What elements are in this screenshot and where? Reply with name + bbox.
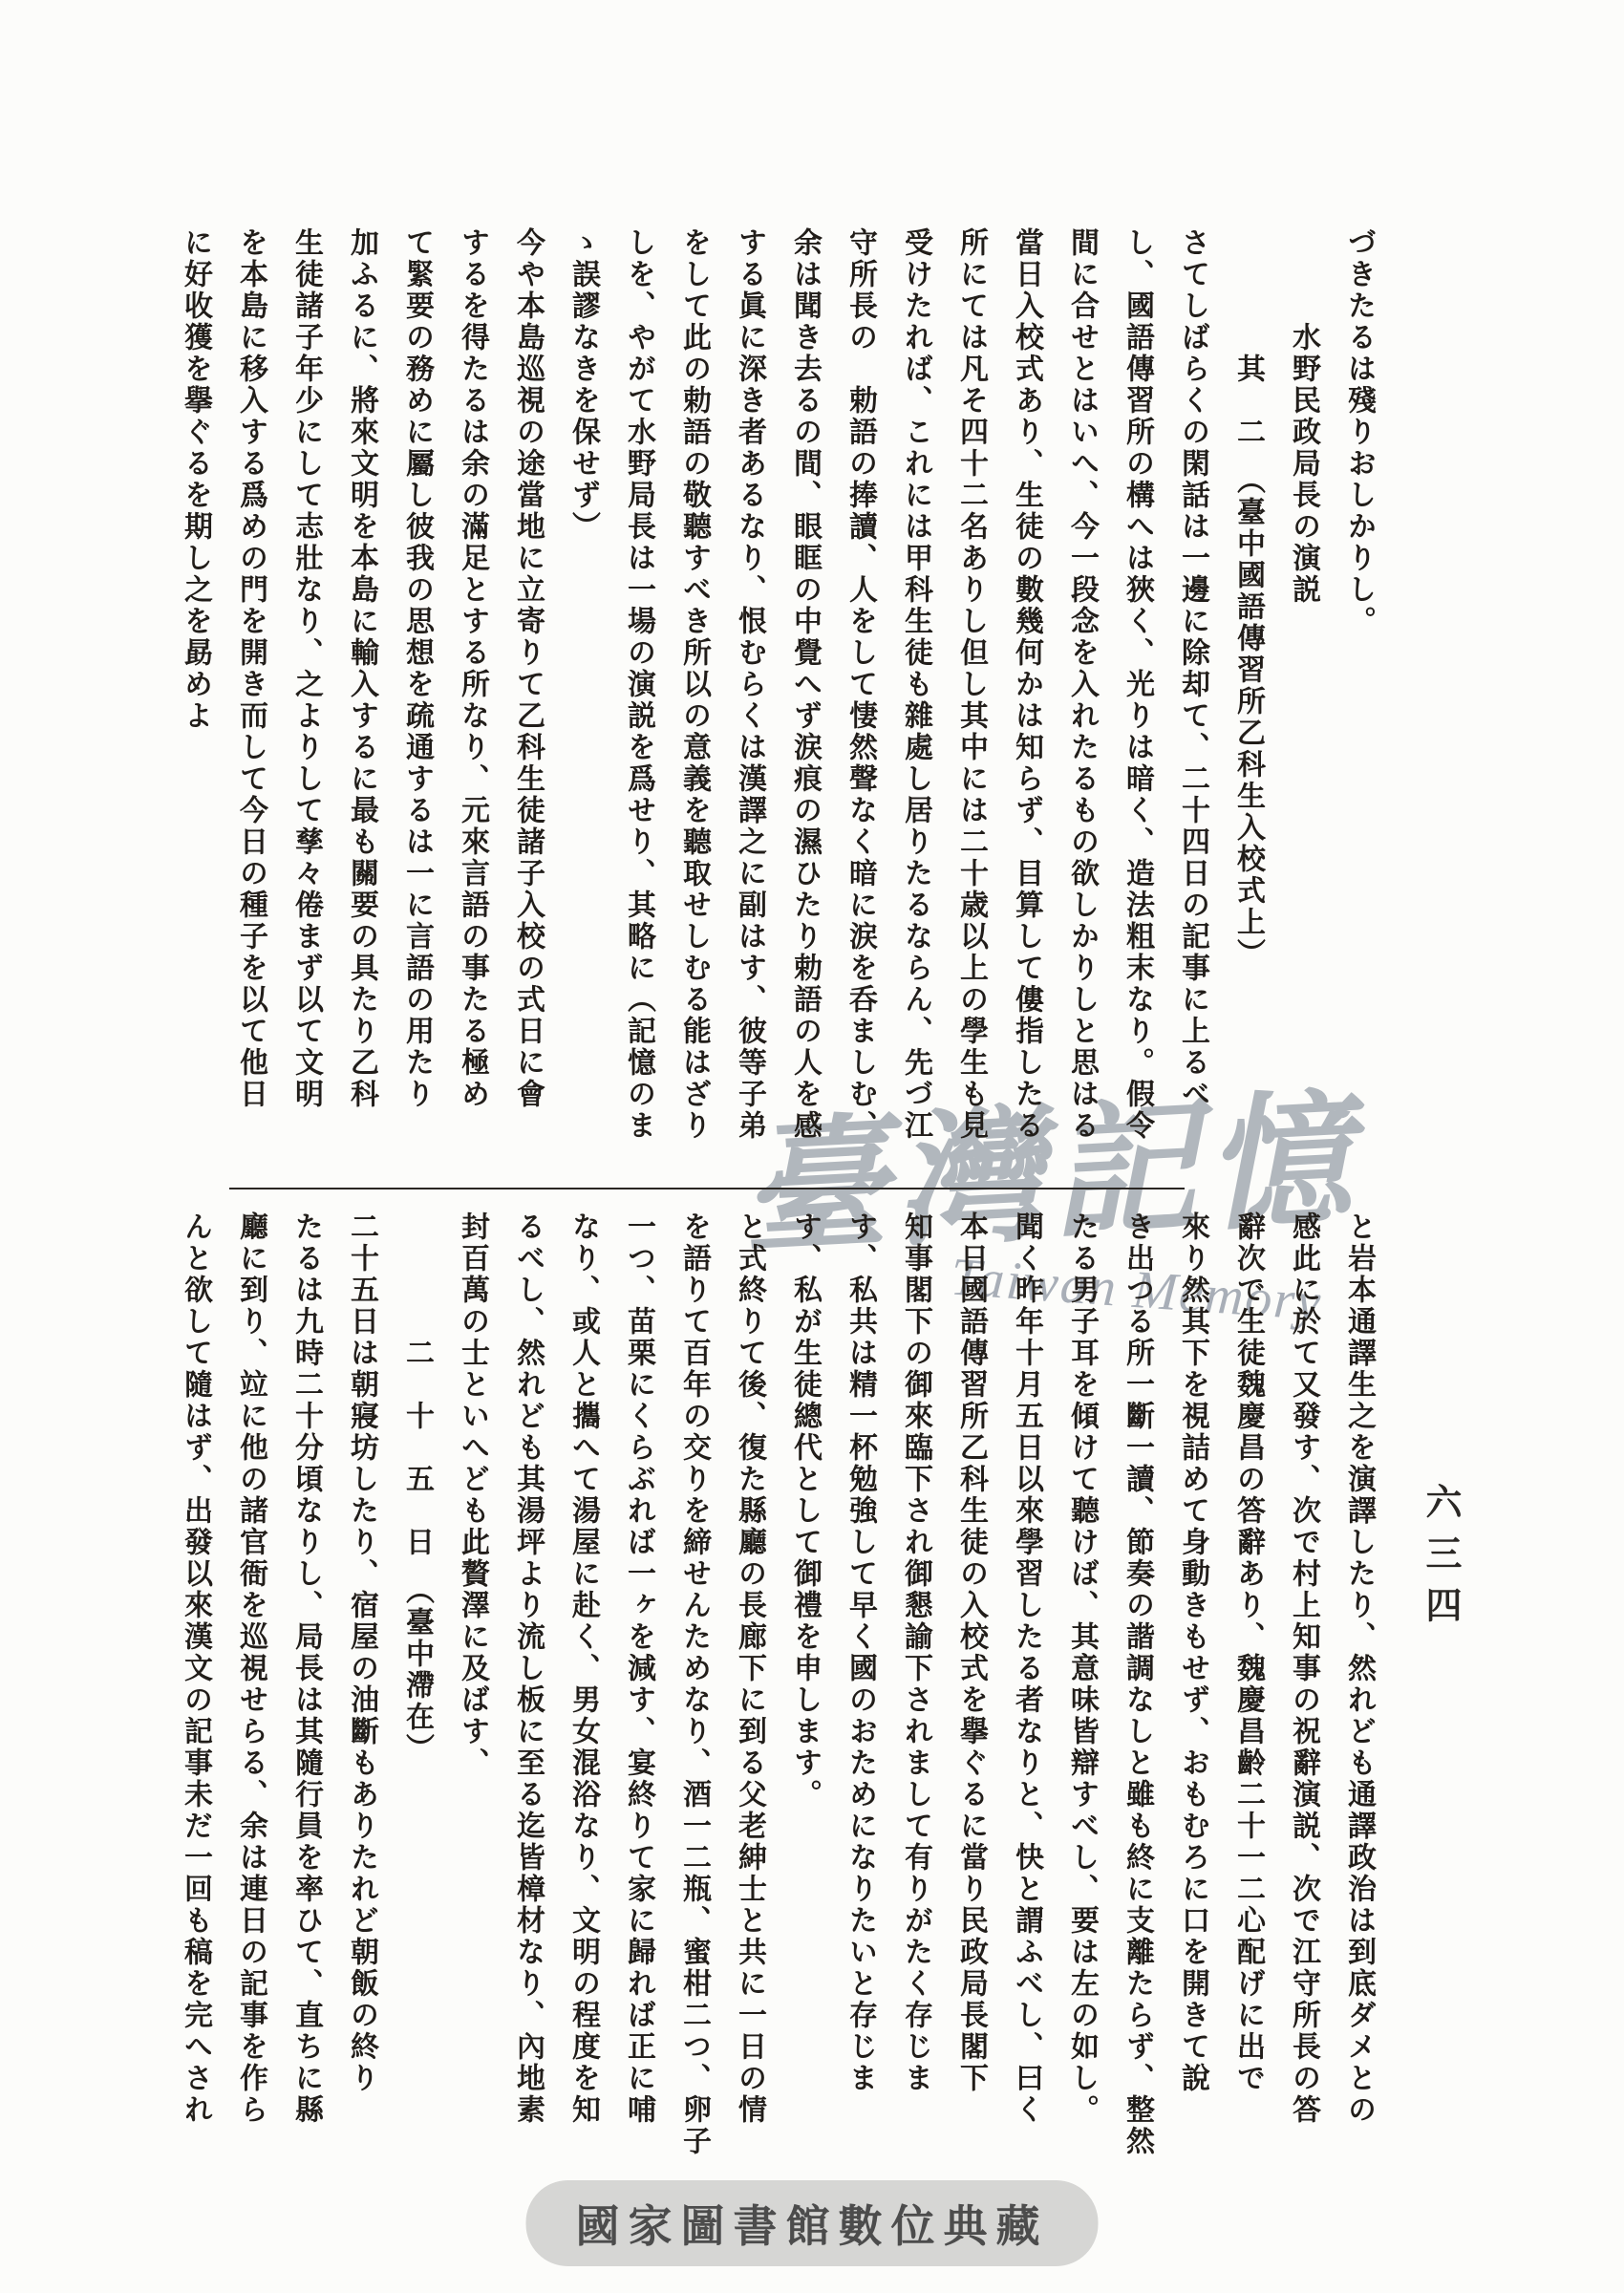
library-caption-text: 國家圖書館數位典藏	[576, 2202, 1049, 2251]
text-column: たるは九時二十分頃なりし、局長は其隨行員を率ひて、直ちに縣	[278, 1211, 333, 2176]
text-column: 封百萬の士といへども此贅澤に及ばす、	[444, 1211, 500, 2176]
text-column: 辭次で生徒魏慶昌の答辭あり、魏慶昌齡二十一二心配げに出で	[1220, 1211, 1275, 2176]
text-column: 間に合せとはいへ、今一段念を入れたるもの欲しかりしと思はる	[1054, 227, 1109, 1202]
text-column: を語りて百年の交りを締せんためなり、酒一二瓶、蜜柑二つ、卵子	[666, 1211, 721, 2176]
text-column: と岩本通譯生之を演譯したり、然れども通譯政治は到底ダメとの	[1331, 1211, 1386, 2176]
top-text-block: づきたるは殘りおしかりし。 水野民政局長の演説 其 二 （臺中國語傳習所乙科生入…	[167, 227, 1386, 1202]
text-column: 水野民政局長の演説	[1275, 227, 1331, 1202]
text-column: るべし、然れども其湯坪より流し板に至る迄皆樟材なり、內地素	[500, 1211, 555, 2176]
text-column: する眞に深き者あるなり、恨むらくは漢譯之に副はす、彼等子弟	[721, 227, 777, 1202]
text-column: をして此の勅語の敬聽すべき所以の意義を聽取せしむる能はざり	[666, 227, 721, 1202]
text-column: 守所長の 勅語の捧讀、人をして悽然聲なく暗に涙を呑ましむ、	[832, 227, 887, 1202]
scanned-page: 臺灣記憶 Taiwan Memory づきたるは殘りおしかりし。 水野民政局長の…	[0, 0, 1624, 2293]
text-column: て緊要の務めに屬し彼我の思想を疏通するは一に言語の用たり	[389, 227, 444, 1202]
page-number: 六三四	[1414, 1483, 1466, 1638]
text-column: す、私が生徒總代として御禮を申します。	[777, 1211, 832, 2176]
text-column: ゝ誤謬なきを保せず）	[555, 227, 610, 1202]
text-column: 二 十 五 日 （臺中滯在）	[389, 1211, 444, 2176]
text-column: す、私共は精一杯勉強して早く國のおためになりたいと存じま	[832, 1211, 887, 2176]
text-column: と式終りて後、復た縣廳の長廊下に到る父老紳士と共に一日の情	[721, 1211, 777, 2176]
text-column: 今や本島巡視の途當地に立寄りて乙科生徒諸子入校の式日に會	[500, 227, 555, 1202]
text-column: 來り然其下を視詰めて身動きもせず、おもむろに口を開きて說	[1165, 1211, 1220, 2176]
text-column: たる男子耳を傾けて聽けば、其意味皆辯すべし、要は左の如し。	[1054, 1211, 1109, 2176]
text-column: しを、やがて水野局長は一場の演説を爲せり、其略に（記憶のま	[610, 227, 666, 1202]
text-column: 知事閣下の御來臨下され御懇諭下されまして有りがたく存じま	[887, 1211, 943, 2176]
text-column: 加ふるに、將來文明を本島に輸入するに最も關要の具たり乙科	[333, 227, 389, 1202]
text-column: 廳に到り、竝に他の諸官衙を巡視せらる、余は連日の記事を作ら	[223, 1211, 278, 2176]
library-caption: 國家圖書館數位典藏	[526, 2180, 1099, 2266]
text-column: 本日國語傳習所乙科生徒の入校式を擧ぐるに當り民政局長閣下	[943, 1211, 998, 2176]
text-column: するを得たるは余の滿足とする所なり、元來言語の事たる極め	[444, 227, 500, 1202]
text-column: に好收獲を擧ぐるを期し之を勗めよ	[167, 227, 223, 1202]
text-column: き出つる所一斷一讀、節奏の諧調なしと雖も終に支離たらず、整然	[1109, 1211, 1165, 2176]
text-column: んと欲して隨はず、出發以來漢文の記事未だ一回も稿を完へされ	[167, 1211, 223, 2176]
text-column: 聞く昨年十月五日以來學習したる者なりと、快と謂ふべし、曰く	[998, 1211, 1054, 2176]
text-column: なり、或人と攜へて湯屋に赴く、男女混浴なり、文明の程度を知	[555, 1211, 610, 2176]
text-column: 所にては凡そ四十二名ありし但し其中には二十歳以上の學生も見	[943, 227, 998, 1202]
text-column: 生徒諸子年少にして志壯なり、之よりして孳々倦まず以て文明	[278, 227, 333, 1202]
text-column: 當日入校式あり、生徒の數幾何かは知らず、目算して僂指したる	[998, 227, 1054, 1202]
text-column: 其 二 （臺中國語傳習所乙科生入校式上）	[1220, 227, 1275, 1202]
text-column: 一つ、苗栗にくらぶれば一ヶを減す、宴終りて家に歸れば正に哺	[610, 1211, 666, 2176]
text-column: し、國語傳習所の構へは狹く、光りは暗く、造法粗末なり。假令	[1109, 227, 1165, 1202]
text-column: さてしばらくの閑話は一邊に除却て、二十四日の記事に上るべ	[1165, 227, 1220, 1202]
text-column: 余は聞き去るの間、眼眶の中覺へず涙痕の濕ひたり勅語の人を感	[777, 227, 832, 1202]
text-column: を本島に移入する爲めの門を開き而して今日の種子を以て他日	[223, 227, 278, 1202]
text-column: づきたるは殘りおしかりし。	[1331, 227, 1386, 1202]
text-column: 二十五日は朝寢坊したり、宿屋の油斷もありたれど朝飯の終り	[333, 1211, 389, 2176]
section-divider	[229, 1188, 1185, 1189]
text-column: 受けたれば、これには甲科生徒も雜處し居りたるならん、先づ江	[887, 227, 943, 1202]
text-column: 感此に於て又發す、次で村上知事の祝辭演説、次で江守所長の答	[1275, 1211, 1331, 2176]
bottom-text-block: と岩本通譯生之を演譯したり、然れども通譯政治は到底ダメとの感此に於て又發す、次で…	[167, 1211, 1386, 2176]
